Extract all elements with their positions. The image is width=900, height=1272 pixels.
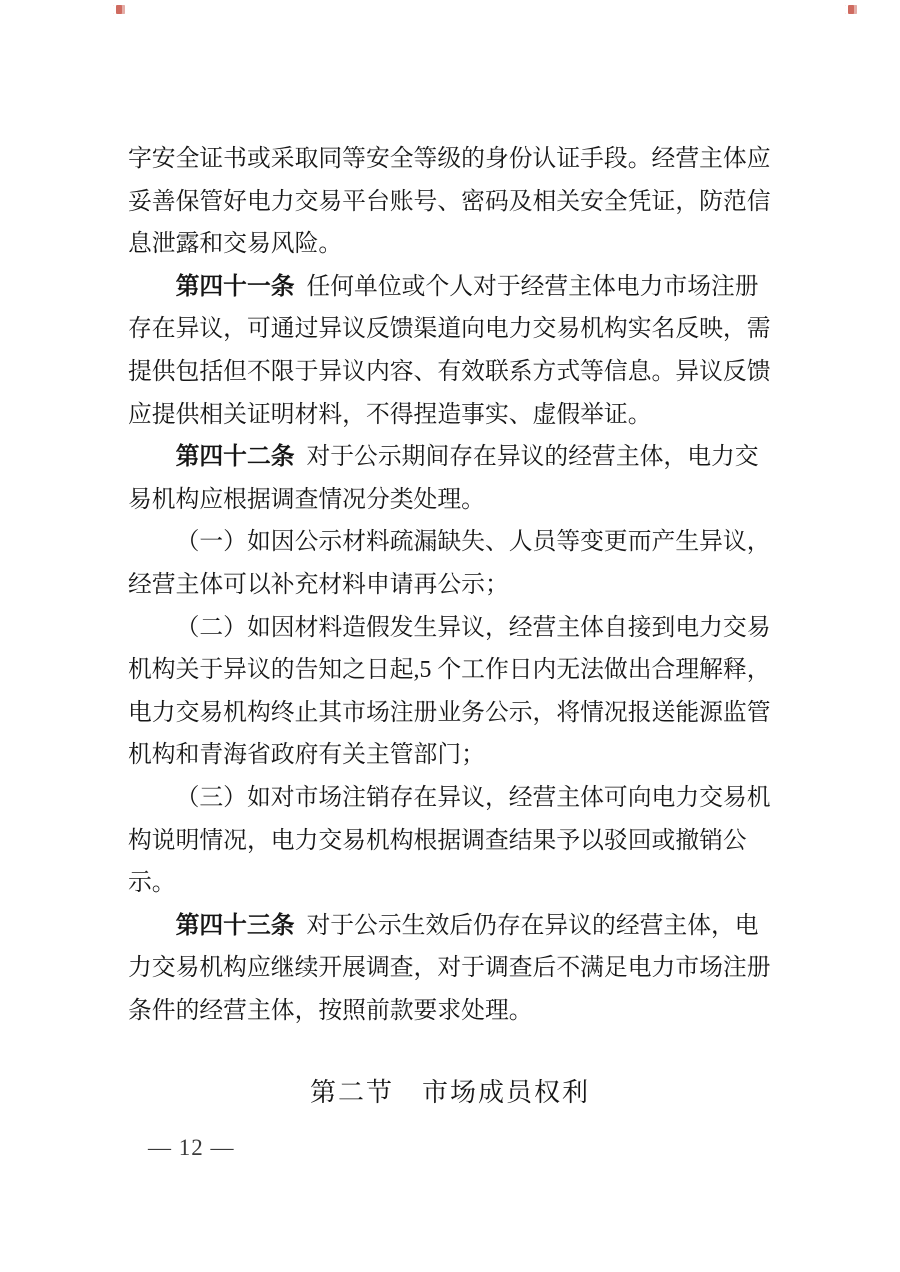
- line-text: 应提供相关证明材料，不得捏造事实、虚假举证。: [128, 402, 652, 428]
- line-text: 构说明情况，电力交易机构根据调查结果予以驳回或撤销公: [128, 828, 747, 854]
- section-heading: 第二节 市场成员权利: [0, 1072, 900, 1115]
- line-text: 字安全证书或采取同等安全等级的身份认证手段。经营主体应: [128, 146, 771, 172]
- line-text: 力交易机构应继续开展调查，对于调查后不满足电力市场注册: [128, 955, 771, 981]
- article-number: 第四十一条: [176, 273, 295, 300]
- red-scan-mark-right: [845, 5, 857, 14]
- article-number: 第四十二条: [176, 443, 295, 470]
- line-text: （一）如因公示材料疏漏缺失、人员等变更而产生异议，: [176, 529, 771, 555]
- document-body: 字安全证书或采取同等安全等级的身份认证手段。经营主体应 妥善保管好电力交易平台账…: [128, 138, 774, 1032]
- line-text: 示。: [128, 870, 176, 896]
- text-line: 构说明情况，电力交易机构根据调查结果予以驳回或撤销公: [128, 820, 774, 863]
- line-text: 对于公示生效后仍存在异议的经营主体，电: [306, 913, 758, 939]
- line-text: 条件的经营主体，按照前款要求处理。: [128, 998, 533, 1024]
- line-text: （二）如因材料造假发生异议，经营主体自接到电力交易: [176, 615, 771, 641]
- line-text: 息泄露和交易风险。: [128, 231, 342, 257]
- text-line: 机构和青海省政府有关主管部门；: [128, 734, 774, 777]
- text-line: 字安全证书或采取同等安全等级的身份认证手段。经营主体应: [128, 138, 774, 181]
- text-line: 第四十一条任何单位或个人对于经营主体电力市场注册: [128, 266, 774, 309]
- line-text: 提供包括但不限于异议内容、有效联系方式等信息。异议反馈: [128, 359, 771, 385]
- text-line: （三）如对市场注销存在异议，经营主体可向电力交易机: [128, 777, 774, 820]
- text-line: 提供包括但不限于异议内容、有效联系方式等信息。异议反馈: [128, 351, 774, 394]
- text-line: 应提供相关证明材料，不得捏造事实、虚假举证。: [128, 394, 774, 437]
- text-line: （一）如因公示材料疏漏缺失、人员等变更而产生异议，: [128, 521, 774, 564]
- text-line: 妥善保管好电力交易平台账号、密码及相关安全凭证，防范信: [128, 181, 774, 224]
- line-text: 存在异议，可通过异议反馈渠道向电力交易机构实名反映，需: [128, 316, 771, 342]
- article-number: 第四十三条: [176, 912, 295, 939]
- line-text: 机构关于异议的告知之日起,5 个工作日内无法做出合理解释，: [128, 657, 771, 683]
- text-line: 易机构应根据调查情况分类处理。: [128, 479, 774, 522]
- line-text: 经营主体可以补充材料申请再公示；: [128, 572, 509, 598]
- text-line: 第四十二条对于公示期间存在异议的经营主体，电力交: [128, 436, 774, 479]
- line-text: 任何单位或个人对于经营主体电力市场注册: [306, 274, 758, 300]
- text-line: 示。: [128, 862, 774, 905]
- line-text: 机构和青海省政府有关主管部门；: [128, 742, 485, 768]
- text-line: 机构关于异议的告知之日起,5 个工作日内无法做出合理解释，: [128, 649, 774, 692]
- document-page: 字安全证书或采取同等安全等级的身份认证手段。经营主体应 妥善保管好电力交易平台账…: [0, 0, 900, 1272]
- page-number: — 12 —: [148, 1135, 235, 1161]
- line-text: 妥善保管好电力交易平台账号、密码及相关安全凭证，防范信: [128, 189, 771, 215]
- text-line: （二）如因材料造假发生异议，经营主体自接到电力交易: [128, 607, 774, 650]
- text-line: 第四十三条对于公示生效后仍存在异议的经营主体，电: [128, 905, 774, 948]
- red-scan-mark-left: [113, 5, 125, 14]
- text-line: 电力交易机构终止其市场注册业务公示，将情况报送能源监管: [128, 692, 774, 735]
- text-line: 经营主体可以补充材料申请再公示；: [128, 564, 774, 607]
- line-text: （三）如对市场注销存在异议，经营主体可向电力交易机: [176, 785, 771, 811]
- text-line: 存在异议，可通过异议反馈渠道向电力交易机构实名反映，需: [128, 308, 774, 351]
- text-line: 力交易机构应继续开展调查，对于调查后不满足电力市场注册: [128, 947, 774, 990]
- line-text: 电力交易机构终止其市场注册业务公示，将情况报送能源监管: [128, 700, 771, 726]
- text-line: 条件的经营主体，按照前款要求处理。: [128, 990, 774, 1033]
- text-line: 息泄露和交易风险。: [128, 223, 774, 266]
- line-text: 易机构应根据调查情况分类处理。: [128, 487, 485, 513]
- line-text: 对于公示期间存在异议的经营主体，电力交: [306, 444, 758, 470]
